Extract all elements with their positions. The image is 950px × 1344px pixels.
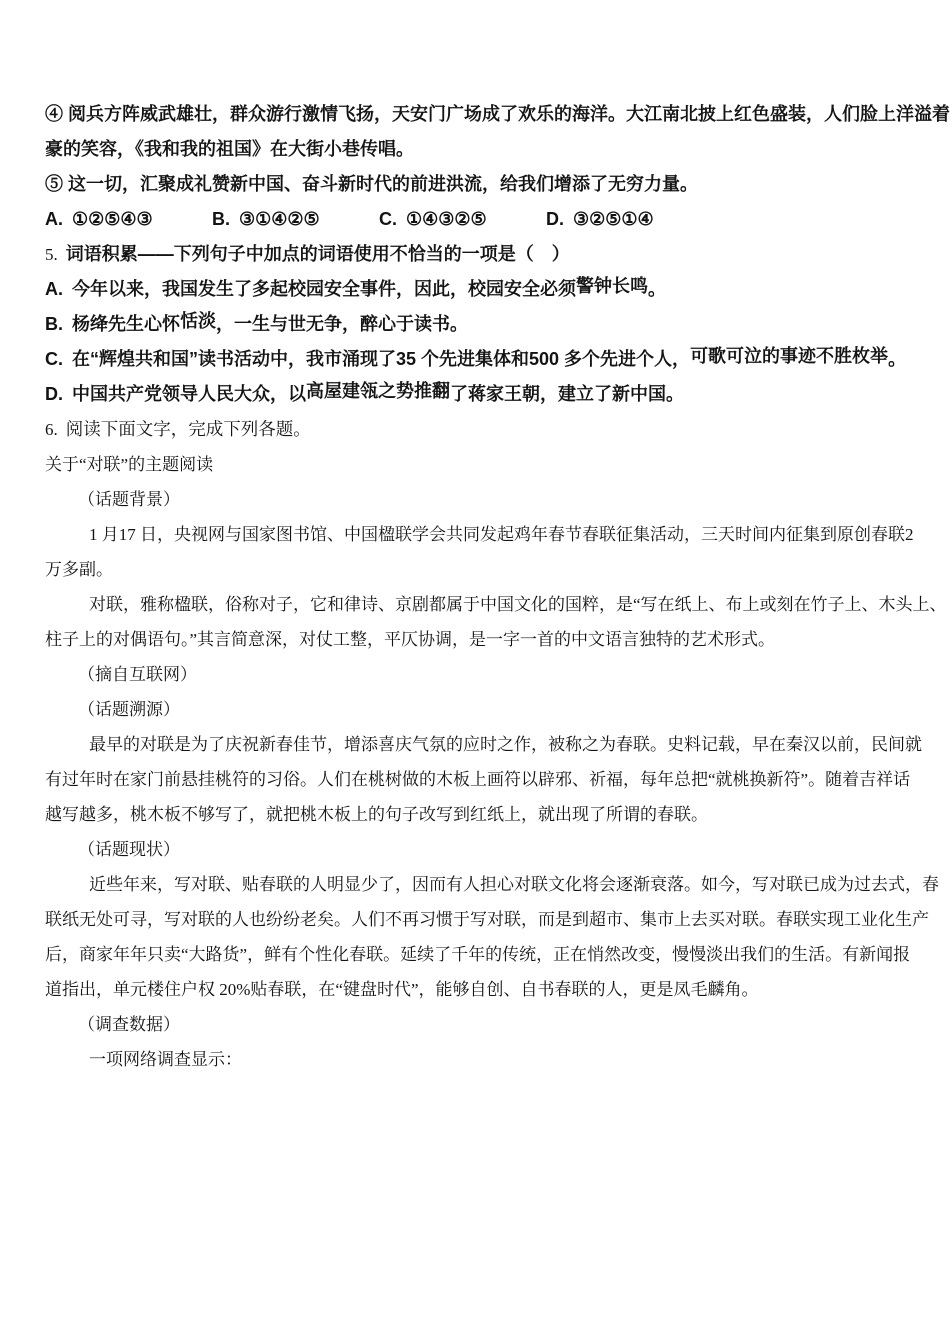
q5-option-a-pre: 今年以来，我国发生了多起校园安全事件，因此，校园安全必须 (72, 279, 576, 299)
q5-number: 5. (45, 245, 58, 264)
passage-line: 一项网络调查显示： (45, 1042, 912, 1077)
passage-line: 有过年时在家门前悬挂桃符的习俗。人们在桃树做的木板上画符以辟邪、祈福，每年总把“… (45, 762, 912, 797)
q5-stem-line: 5.词语积累——下列句子中加点的词语使用不恰当的一项是（ ） (45, 237, 912, 272)
q4-sentence4-line2: 豪的笑容，《我和我的祖国》在大街小巷传唱。 (45, 132, 912, 167)
q4-sentence5-line: ⑤ 这一切，汇聚成礼赞新中国、奋斗新时代的前进洪流，给我们增添了无穷力量。 (45, 167, 912, 202)
q5-option-c-label: C. (45, 349, 63, 369)
q5-option-c: C.在“辉煌共和国”读书活动中，我市涌现了35 个先进集体和500 多个先进个人… (45, 342, 912, 377)
passage-line: 后，商家年年只卖“大路货”，鲜有个性化春联。延续了千年的传统，正在悄然改变，慢慢… (45, 937, 912, 972)
q4-options-row: A.①②⑤④③B.③①④②⑤C.①④③②⑤D.③②⑤①④ (45, 202, 912, 237)
passage-line: 最早的对联是为了庆祝新春佳节，增添喜庆气氛的应时之作，被称之为春联。史料记载，早… (45, 727, 912, 762)
passage-line: 越写越多，桃木板不够写了，就把桃木板上的句子改写到红纸上，就出现了所谓的春联。 (45, 797, 912, 832)
q5-option-b-label: B. (45, 314, 63, 334)
q6-stem-text: 阅读下面文字，完成下列各题。 (66, 419, 311, 439)
q5-option-a-post: 。 (648, 279, 666, 299)
q4-option-c-label: C. (379, 209, 397, 229)
passage-line: （话题背景） (45, 482, 912, 517)
q5-option-a: A.今年以来，我国发生了多起校园安全事件，因此，校园安全必须警钟长鸣。 (45, 272, 912, 307)
passage-line: 近些年来，写对联、贴春联的人明显少了，因而有人担心对联文化将会逐渐衰落。如今，写… (45, 867, 912, 902)
q5-option-d-pre: 中国共产党领导人民大众，以 (72, 384, 306, 404)
q4-option-a-value: ①②⑤④③ (72, 209, 153, 229)
passage-line: 联纸无处可寻，写对联的人也纷纷老矣。人们不再习惯于写对联，而是到超市、集市上去买… (45, 902, 912, 937)
q5-stem-text: 词语积累——下列句子中加点的词语使用不恰当的一项是（ ） (66, 244, 570, 264)
q4-option-d-value: ③②⑤①④ (573, 209, 654, 229)
q5-option-d-label: D. (45, 384, 63, 404)
q5-option-d: D.中国共产党领导人民大众，以高屋建瓴之势推翻了蒋家王朝，建立了新中国。 (45, 377, 912, 412)
q4-option-c-value: ①④③②⑤ (406, 209, 487, 229)
q4-option-a: A.①②⑤④③ (45, 202, 212, 237)
q5-option-a-label: A. (45, 279, 63, 299)
q5-option-d-emphasis: 高屋建瓴之势推翻 (306, 381, 450, 401)
q5-option-b-post: ，一生与世无争，醉心于读书。 (216, 314, 468, 334)
q6-passage-title: 关于“对联”的主题阅读 (45, 447, 912, 482)
q4-option-b-value: ③①④②⑤ (239, 209, 320, 229)
q4-option-b: B.③①④②⑤ (212, 202, 379, 237)
passage-line: （摘自互联网） (45, 657, 912, 692)
q4-option-a-label: A. (45, 209, 63, 229)
passage-line: 柱子上的对偶语句。”其言简意深，对仗工整，平仄协调，是一字一首的中文语言独特的艺… (45, 622, 912, 657)
q5-option-b: B.杨绛先生心怀恬淡，一生与世无争，醉心于读书。 (45, 307, 912, 342)
passage-line: 道指出，单元楼住户权 20%贴春联，在“键盘时代”，能够自创、自书春联的人，更是… (45, 972, 912, 1007)
passage-line: 万多副。 (45, 552, 912, 587)
passage-line: 1 月17 日，央视网与国家图书馆、中国楹联学会共同发起鸡年春节春联征集活动，三… (45, 517, 912, 552)
passage-line: （话题现状） (45, 832, 912, 867)
passage-line: （话题溯源） (45, 692, 912, 727)
passage-line: （调查数据） (45, 1007, 912, 1042)
exam-content: ④ 阅兵方阵威武雄壮，群众游行激情飞扬，天安门广场成了欢乐的海洋。大江南北披上红… (45, 97, 912, 1077)
q4-option-d-label: D. (546, 209, 564, 229)
passage-line: 对联，雅称楹联，俗称对子，它和律诗、京剧都属于中国文化的国粹，是“写在纸上、布上… (45, 587, 912, 622)
q5-option-c-pre: 在“辉煌共和国”读书活动中，我市涌现了35 个先进集体和500 多个先进个人， (72, 349, 690, 369)
q5-option-b-emphasis: 恬淡 (180, 311, 216, 331)
q5-option-c-post: 。 (888, 349, 906, 369)
q4-option-d: D.③②⑤①④ (546, 202, 654, 237)
exam-page: ④ 阅兵方阵威武雄壮，群众游行激情飞扬，天安门广场成了欢乐的海洋。大江南北披上红… (0, 0, 950, 1344)
q5-option-d-post: 了蒋家王朝，建立了新中国。 (450, 384, 684, 404)
q5-option-c-emphasis: 可歌可泣的事迹不胜枚举 (690, 346, 888, 366)
q6-number: 6. (45, 420, 58, 439)
q5-option-a-emphasis: 警钟长鸣 (576, 276, 648, 296)
q6-stem-line: 6.阅读下面文字，完成下列各题。 (45, 412, 912, 447)
q4-option-b-label: B. (212, 209, 230, 229)
q5-option-b-pre: 杨绛先生心怀 (72, 314, 180, 334)
q4-option-c: C.①④③②⑤ (379, 202, 546, 237)
q4-sentence4-line1: ④ 阅兵方阵威武雄壮，群众游行激情飞扬，天安门广场成了欢乐的海洋。大江南北披上红… (45, 97, 912, 132)
